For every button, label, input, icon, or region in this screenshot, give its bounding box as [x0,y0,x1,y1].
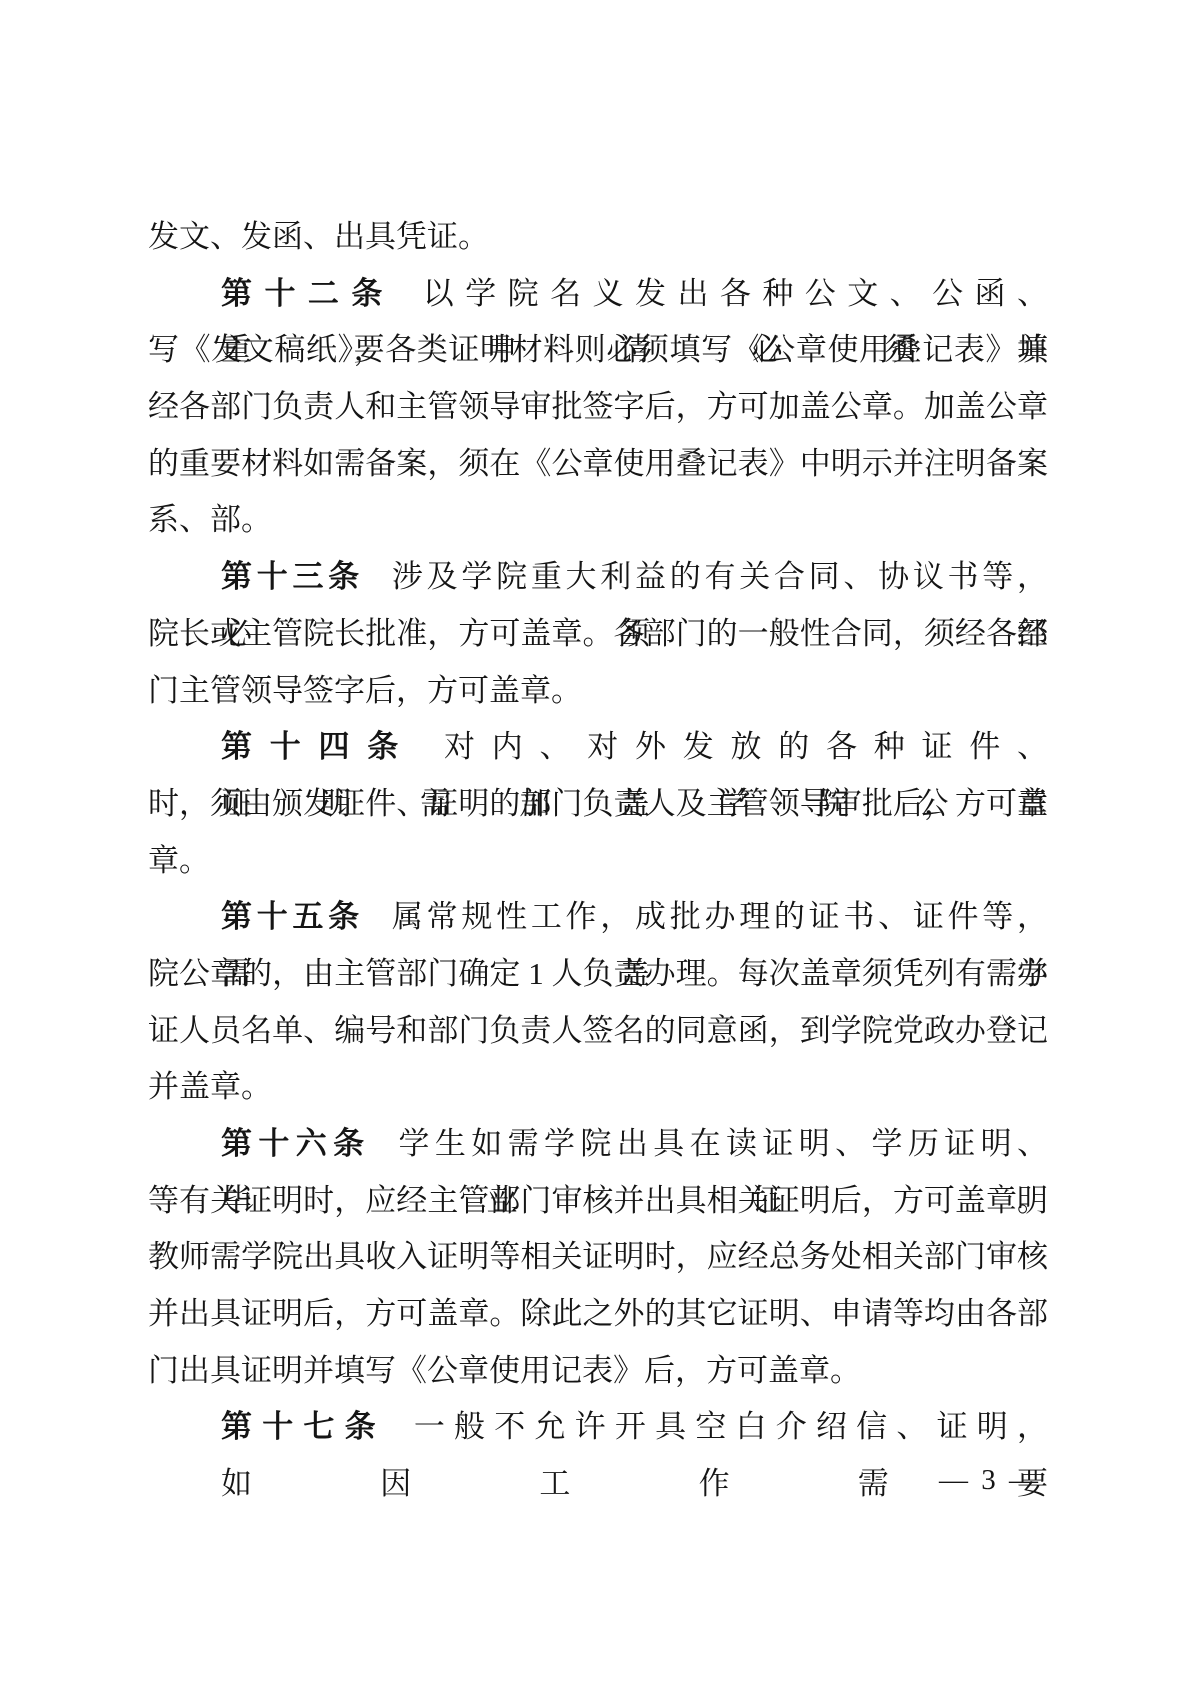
article-line: 第十三条涉及学院重大利益的有关合同、协议书等，必须经 [148,549,1048,606]
line-text: 系、部。 [148,502,272,537]
page-number: — 3 — [939,1464,1041,1497]
text-line: 时，须由颁发证件、证明的部门负责人及主管领导审批后，方可盖 [148,776,1048,833]
article-number: 第十六条 [221,1126,371,1161]
line-text: 等有关证明时，应经主管部门审核并出具相关证明后，方可盖章。 [148,1183,1048,1218]
line-text: 院长或主管院长批准，方可盖章。各部门的一般性合同，须经各部 [148,616,1048,651]
article-line: 第十六条学生如需学院出具在读证明、学历证明、毕业证明 [148,1116,1048,1173]
article-number: 第十七条 [221,1409,386,1444]
line-text: 时，须由颁发证件、证明的部门负责人及主管领导审批后，方可盖 [148,786,1048,821]
line-text: 门出具证明并填写《公章使用记表》后，方可盖章。 [148,1353,861,1388]
article-line: 第十二条以学院名义发出各种公文、公函、重要申请必须填 [148,266,1048,323]
text-line: 并盖章。 [148,1059,1048,1116]
line-text: 教师需学院出具收入证明等相关证明时，应经总务处相关部门审核 [148,1239,1048,1274]
text-line: 门出具证明并填写《公章使用记表》后，方可盖章。 [148,1343,1048,1400]
text-line: 的重要材料如需备案，须在《公章使用叠记表》中明示并注明备案 [148,436,1048,493]
line-text: 经各部门负责人和主管领导审批签字后，方可加盖公章。加盖公章 [148,389,1048,424]
text-line: 教师需学院出具收入证明等相关证明时，应经总务处相关部门审核 [148,1229,1048,1286]
line-text: 写《发文稿纸》，各类证明材料则必须填写《公章使用叠记表》并 [148,332,1048,367]
article-line: 第十四条对内、对外发放的各种证件、证明需加盖学院公章 [148,719,1048,776]
text-line: 门主管领导签字后，方可盖章。 [148,663,1048,720]
text-line: 系、部。 [148,492,1048,549]
document-page: 发文、发函、出具凭证。第十二条以学院名义发出各种公文、公函、重要申请必须填写《发… [0,0,1191,1684]
text-line: 经各部门负责人和主管领导审批签字后，方可加盖公章。加盖公章 [148,379,1048,436]
document-body: 发文、发函、出具凭证。第十二条以学院名义发出各种公文、公函、重要申请必须填写《发… [148,209,1048,1456]
line-text: 章。 [148,843,210,878]
line-text: 证人员名单、编号和部门负责人签名的同意函，到学院党政办登记 [148,1013,1048,1048]
article-line: 第十五条属常规性工作，成批办理的证书、证件等，需盖学 [148,889,1048,946]
article-number: 第十三条 [221,559,364,594]
line-text: 门主管领导签字后，方可盖章。 [148,673,582,708]
line-text: 的重要材料如需备案，须在《公章使用叠记表》中明示并注明备案 [148,446,1048,481]
line-text: 院公章的，由主管部门确定 1 人负责办理。每次盖章须凭列有需办 [148,956,1048,991]
article-line: 第十七条一般不允许开具空白介绍信、证明，如因工作需要 [148,1399,1048,1456]
text-line: 发文、发函、出具凭证。 [148,209,1048,266]
line-text: 并盖章。 [148,1069,272,1104]
text-line: 章。 [148,833,1048,890]
line-text: 发文、发函、出具凭证。 [148,219,489,254]
line-text: 并出具证明后，方可盖章。除此之外的其它证明、申请等均由各部 [148,1296,1048,1331]
text-line: 并出具证明后，方可盖章。除此之外的其它证明、申请等均由各部 [148,1286,1048,1343]
article-number: 第十五条 [221,899,364,934]
text-line: 写《发文稿纸》，各类证明材料则必须填写《公章使用叠记表》并 [148,322,1048,379]
article-number: 第十二条 [221,276,395,311]
text-line: 院公章的，由主管部门确定 1 人负责办理。每次盖章须凭列有需办 [148,946,1048,1003]
text-line: 等有关证明时，应经主管部门审核并出具相关证明后，方可盖章。 [148,1173,1048,1230]
text-line: 院长或主管院长批准，方可盖章。各部门的一般性合同，须经各部 [148,606,1048,663]
article-number: 第十四条 [221,729,416,764]
text-line: 证人员名单、编号和部门负责人签名的同意函，到学院党政办登记 [148,1003,1048,1060]
